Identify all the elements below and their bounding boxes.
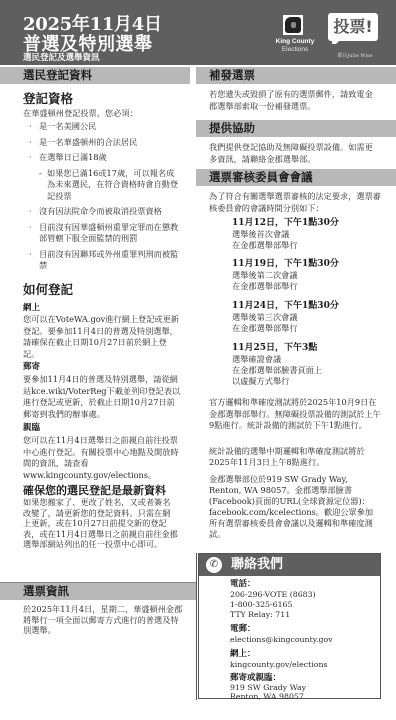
section-voter-registration: 選民登記資料 [0,67,190,84]
meeting-line: 在金郡選舉部臉書頁面上 [232,365,382,376]
phone-number[interactable]: 1-800-325-6165 [230,600,292,610]
vote-speech-bubble-icon: 投票! [328,13,378,41]
list-item: 是一名華盛頓州的合法居民 [29,137,179,149]
email-link[interactable]: elections@kingcounty.gov [230,635,333,645]
update-registration-heading: 確保您的選民登記是最新資料 [23,484,166,497]
meeting-time: 11月24日，下午1點30分 [232,300,382,312]
inperson-label: 親臨 [23,423,40,434]
meeting-4: 11月25日，下午3點 選舉確證會議 在金郡選舉部臉書頁面上 以虛擬方式舉行 [232,342,382,387]
list-item: 是一名美國公民 [29,121,179,133]
logo-sub: Elections [270,46,320,54]
list-item-sub: 如果您已滿16或17歲，可以報名成為未來選民，在符合資格時會自動登記投票 [29,168,179,203]
address-line: Renton, WA 98057 [230,692,304,702]
replacement-text: 若您遺失或毀損了原有的選票郵件，請致電金郡選舉部索取一份補發選票。 [209,89,379,112]
meeting-line: 以虛擬方式舉行 [232,376,382,387]
meeting-time: 11月25日，下午3點 [232,342,382,354]
phone-icon: ✆ [206,557,222,573]
list-item: 在選舉日已滿18歲 [29,152,179,164]
meeting-line: 選舉後第二次會議 [232,270,382,281]
header-banner: 2025年11月4日 普選及特別選舉 選民登記及選舉資訊 King County… [0,0,396,65]
king-county-logo-icon [283,15,303,35]
director-credit: 郡長Julie Wise [330,52,380,59]
meeting-line: 選舉後第三次會議 [232,312,382,323]
meeting-line: 在金郡選舉部舉行 [232,323,382,334]
list-item: 目前沒有因華盛頓州重罪定罪而在懲教部管轄下服全面監禁的刑罰 [29,222,179,245]
eligibility-list: 是一名美國公民 是一名華盛頓州的合法居民 在選舉日已滿18歲 如果您已滿16或1… [29,121,179,276]
canvassing-intro: 為了符合有關選舉選票審核的法定要求，選票審核委員會的會議時間分別如下： [209,191,384,214]
tty-relay[interactable]: TTY Relay: 711 [230,610,290,620]
online-label: 網上 [23,303,40,314]
meeting-3: 11月24日，下午1點30分 選舉後第三次會議 在金郡選舉部舉行 [232,300,382,334]
list-item: 沒有因法院命令而被取消投票資格 [29,206,179,218]
list-item: 目前沒有因聯邦或外州重罪判刑而被監禁 [29,249,179,272]
meeting-time: 11月19日，下午1點30分 [232,258,382,270]
web-label: 網上： [230,649,256,660]
speech-bubble-tail [332,40,340,44]
section-canvassing-board: 選票審核委員會會議 [196,169,396,186]
section-ballot-info: 選票資訊 [0,583,196,600]
ballot-info-text: 於2025年11月4日，星期二，華盛頓州金郡將舉行一項全面以郵寄方式進行的普選及… [23,604,183,636]
phone-label: 電話： [230,579,256,590]
section-replacement-ballot: 補發選票 [196,67,396,84]
header-subtitle: 選民登記及選舉資訊 [23,53,100,63]
logic-accuracy-test-text: 官方邏輯和準確度測試將於2025年10月9日在金郡選舉部舉行。無障礙投票設備的測… [209,397,381,432]
mail-label: 郵寄 [23,362,40,373]
meeting-line: 在金郡選舉部舉行 [232,240,382,251]
meeting-2: 11月19日，下午1點30分 選舉後第二次會議 在金郡選舉部舉行 [232,258,382,292]
eligibility-intro: 在華盛頓州登記投票，您必須： [23,108,188,120]
midterm-test-text: 統計設備的選舉中期邏輯和準確度測試將於2025年11月3日上午8點進行。 [209,446,381,468]
phone-number[interactable]: 206-296-VOTE (8683) [230,590,316,600]
website-link[interactable]: kingcounty.gov/elections [230,660,327,670]
logo-name: King County [270,38,320,46]
election-name-title: 普選及特別選舉 [23,35,153,55]
contact-heading-label: 聯絡我們 [231,557,283,572]
contact-heading: ✆ 聯絡我們 [199,554,380,576]
column-divider [196,553,197,700]
meeting-1: 11月12日，下午1點30分 選舉後首次會議 在金郡選舉部舉行 [232,217,382,251]
location-text: 金郡選舉部位於919 SW Grady Way, Renton, WA 9805… [209,474,381,540]
mail-text: 要參加11月4日的普選及特別選舉，請從網站kce.wiki/VoterReg下載… [23,374,183,420]
meeting-line: 在金郡選舉部舉行 [232,281,382,292]
contact-us-box: ✆ 聯絡我們 電話： 206-296-VOTE (8683) 1-800-325… [198,553,381,699]
section-assistance: 提供協助 [196,120,396,137]
meeting-line: 選舉確證會議 [232,354,382,365]
meeting-line: 選舉後首次會議 [232,229,382,240]
update-registration-text: 如果您搬家了、更改了姓名，又或者簽名改變了，請更新您的登記資料。只需在網上更新，… [23,497,178,550]
how-to-register-heading: 如何登記 [23,282,73,297]
election-date-title: 2025年11月4日 [23,15,162,35]
email-label: 電郵： [230,624,256,635]
assistance-text: 我們提供登記協助及無障礙投票設備。如需更多資訊，請聯絡金郡選舉部。 [209,142,379,165]
online-text: 您可以在VoteWA.gov進行網上登記或更新登記。要參加11月4日的普選及特別… [23,314,183,360]
inperson-text: 您可以在11月4日選舉日之前親自前往投票中心進行登記。有關投票中心地點及開放時間… [23,435,183,481]
eligibility-heading: 登記資格 [23,91,73,106]
meeting-time: 11月12日，下午1點30分 [232,217,382,229]
